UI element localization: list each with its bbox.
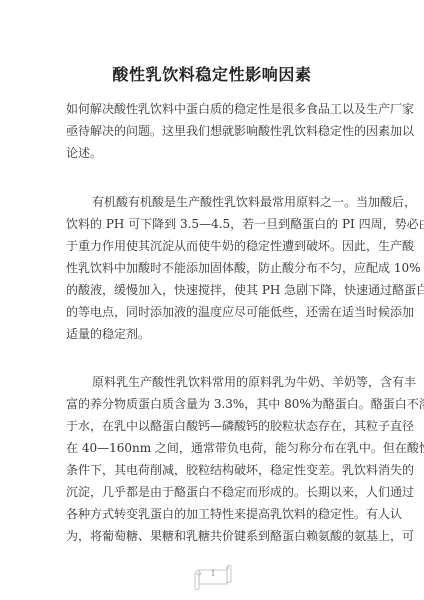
paragraph-line: 为，将葡萄糖、果糖和乳糖共价键系到酪蛋白赖氨酸的氨基上，可 xyxy=(66,528,362,544)
paragraph-line: 有机酸有机酸是生产酸性乳饮料最常用原料之一。当加酸后， xyxy=(92,194,362,210)
paragraph-line: 的等电点，同时添加液的温度应尽可能低些，还需在适当时候添加 xyxy=(66,304,362,320)
paragraph-line: 亟待解决的问题。这里我们想就影响酸性乳饮料稳定性的因素加以 xyxy=(66,123,362,139)
paragraph-line: 性乳饮料中加酸时不能添加固体酸，防止酸分布不匀，应配成 10% xyxy=(66,260,362,276)
paragraph-line: 如何解决酸性乳饮料中蛋白质的稳定性是很多食品工以及生产厂家 xyxy=(66,101,362,117)
page-number-text: 1 xyxy=(193,569,233,578)
paragraph-line: 饮料的 PH 可下降到 3.5—4.5，若一旦到酪蛋白的 PI 四周，势必由 xyxy=(66,216,362,232)
page-number: 1 xyxy=(193,564,233,588)
paragraph-line: 条件下，其电荷削减，胶粒结构破坏，稳定性变差。乳饮料消失的 xyxy=(66,462,362,478)
paragraph-line: 原料乳生产酸性乳饮料常用的原料乳为牛奶、羊奶等，含有丰 xyxy=(92,374,362,390)
paragraph-line: 于水，在乳中以酪蛋白酸钙—磷酸钙的胶粒状态存在，其粒子直径 xyxy=(66,418,362,434)
paragraph-line: 在 40—160nm 之间，通常带负电荷，能匀称分布在乳中。但在酸性 xyxy=(66,440,362,456)
paragraph-line: 论述。 xyxy=(66,145,362,161)
paragraph-line: 的酸液，缓慢加入，快速搅拌，使其 PH 急剧下降，快速通过酪蛋白 xyxy=(66,282,362,298)
paragraph-line: 于重力作用使其沉淀从而使牛奶的稳定性遭到破坏。因此，生产酸 xyxy=(66,238,362,254)
document-title: 酸性乳饮料稳定性影响因素 xyxy=(0,64,424,86)
paragraph-line: 适量的稳定剂。 xyxy=(66,326,362,342)
document-page: 酸性乳饮料稳定性影响因素 如何解决酸性乳饮料中蛋白质的稳定性是很多食品工以及生产… xyxy=(0,0,424,600)
paragraph-line: 富的养分物质蛋白质含量为 3.3%，其中 80%为酪蛋白。酪蛋白不溶 xyxy=(66,396,362,412)
paragraph-line: 各种方式转变乳蛋白的加工特性来提高乳饮料的稳定性。有人认 xyxy=(66,506,362,522)
paragraph-line: 沉淀，几乎都是由于酪蛋白不稳定而形成的。长期以来，人们通过 xyxy=(66,484,362,500)
